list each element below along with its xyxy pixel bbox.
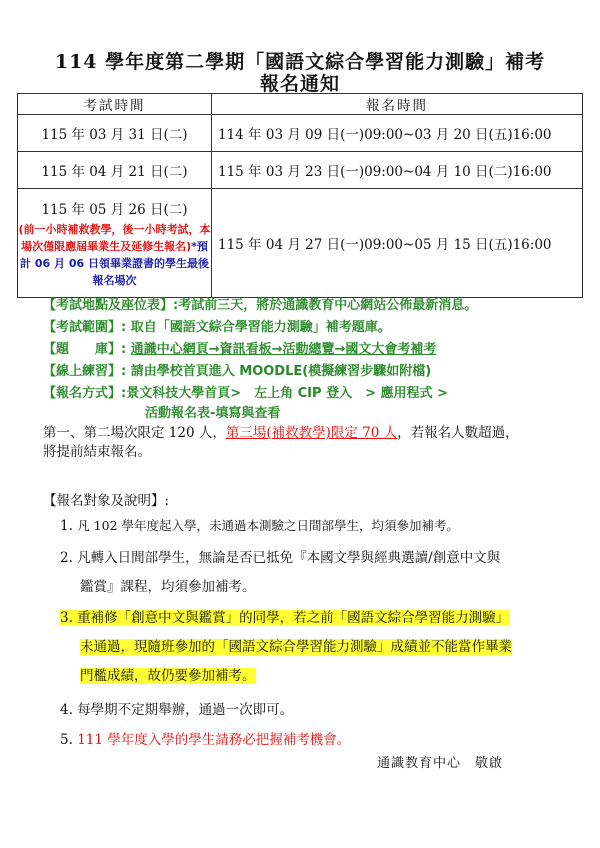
info-text: : 請由學校首頁進入 MOODLE(模擬練習步驟如附檔): [121, 364, 431, 379]
exam-date: 115 年 05 月 26 日(二): [18, 198, 211, 218]
item-text: 重補修「創意中文與鑑賞」的同學，若之前「國語文綜合學習能力測驗」: [77, 610, 509, 626]
item-number: 2.: [60, 550, 73, 566]
registration-period: 114 年 03 月 09 日(一)09:00~03 月 20 日(五)16:0…: [212, 115, 583, 152]
capacity-text: 第一、第二場次限定 120 人，: [43, 425, 226, 441]
table-row: 115 年 05 月 26 日(二) (前一小時補救教學，後一小時考試，本場次僅…: [18, 189, 583, 298]
table-row: 115 年 03 月 31 日(二) 114 年 03 月 09 日(一)09:…: [18, 115, 583, 152]
exam-cell: 115 年 05 月 26 日(二) (前一小時補救教學，後一小時考試，本場次僅…: [18, 189, 212, 298]
item-number: 3.: [60, 610, 73, 626]
item-text: 111 學年度入學的學生請務必把握補考機會。: [77, 732, 350, 748]
exam-date: 115 年 04 月 21 日(二): [18, 152, 212, 189]
info-question-bank: 【題 庫】: 通識中心網頁→資訊看板→活動總覽→國文大會考補考: [43, 341, 563, 359]
document-subtitle: 報名通知: [0, 69, 600, 96]
exam-note-red: (前一小時補救教學，後一小時考試，本場次僅限應屆畢業生及延修生報名): [18, 223, 210, 253]
item-number: 1.: [60, 518, 73, 534]
info-online-practice: 【線上練習】: 請由學校首頁進入 MOODLE(模擬練習步驟如附檔): [43, 363, 563, 381]
info-text: :考試前三天，將於通識教育中心網站公佈最新消息。: [173, 298, 477, 313]
item-number: 5.: [60, 732, 73, 748]
list-item: 4. 每學期不定期舉辦，通過一次即可。: [60, 698, 580, 718]
item-text: 凡轉入日間部學生，無論是否已抵免『本國文學與經典選讀/創意中文與: [77, 550, 500, 566]
info-text: :: [121, 342, 131, 357]
header-exam-time: 考試時間: [18, 94, 212, 115]
schedule-table: 考試時間 報名時間 115 年 03 月 31 日(二) 114 年 03 月 …: [17, 93, 583, 298]
info-location: 【考試地點及座位表】:考試前三天，將於通識教育中心網站公佈最新消息。: [43, 297, 563, 315]
highlighted-text: 未通過，現隨班參加的「國語文綜合學習能力測驗」成績並不能當作畢業: [80, 639, 512, 655]
signature: 通識教育中心 敬啟: [377, 752, 503, 771]
header-registration-time: 報名時間: [212, 94, 583, 115]
exam-date: 115 年 03 月 31 日(二): [18, 115, 212, 152]
table-row: 115 年 04 月 21 日(二) 115 年 03 月 23 日(一)09:…: [18, 152, 583, 189]
registration-period: 115 年 04 月 27 日(一)09:00~05 月 15 日(五)16:0…: [212, 189, 583, 298]
list-item: 2. 凡轉入日間部學生，無論是否已抵免『本國文學與經典選讀/創意中文與: [60, 546, 580, 566]
list-item-cont: 未通過，現隨班參加的「國語文綜合學習能力測驗」成績並不能當作畢業: [80, 635, 600, 655]
info-label: 【線上練習】: [43, 364, 121, 379]
capacity-highlight: 第三場(補救教學)限定 70 人: [226, 425, 397, 441]
capacity-text: ，若報名人數超過，: [397, 425, 519, 441]
item-text: 每學期不定期舉辦，通過一次即可。: [77, 702, 293, 718]
capacity-note-line2: 將提前結束報名。: [43, 443, 563, 462]
info-label: 【報名方式】: [43, 386, 121, 401]
info-text: :景文科技大學首頁> 左上角 CIP 登入 > 應用程式 >: [121, 386, 448, 401]
info-text: : 取自「國語文綜合學習能力測驗」補考題庫。: [121, 320, 391, 335]
info-label: 【考試地點及座位表】: [43, 298, 173, 313]
item-text: 凡 102 學年度起入學，未通過本測驗之日間部學生，均須參加補考。: [77, 518, 459, 533]
list-item: 5. 111 學年度入學的學生請務必把握補考機會。: [60, 728, 580, 748]
info-label: 【考試範圍】: [43, 320, 121, 335]
info-registration-method: 【報名方式】:景文科技大學首頁> 左上角 CIP 登入 > 應用程式 >: [43, 385, 563, 403]
capacity-note: 第一、第二場次限定 120 人，第三場(補救教學)限定 70 人，若報名人數超過…: [43, 424, 563, 443]
highlighted-text: 門檻成績，故仍要參加補考。: [80, 668, 256, 684]
question-bank-link[interactable]: 通識中心網頁→資訊看板→活動總覽→國文大會考補考: [131, 342, 437, 357]
list-item: 3. 重補修「創意中文與鑑賞」的同學，若之前「國語文綜合學習能力測驗」: [60, 606, 580, 626]
section-title: 【報名對象及說明】:: [43, 489, 169, 509]
registration-period: 115 年 03 月 23 日(一)09:00~04 月 10 日(二)16:0…: [212, 152, 583, 189]
info-scope: 【考試範圍】: 取自「國語文綜合學習能力測驗」補考題庫。: [43, 319, 563, 337]
list-item: 1. 凡 102 學年度起入學，未通過本測驗之日間部學生，均須參加補考。: [60, 516, 580, 534]
table-header-row: 考試時間 報名時間: [18, 94, 583, 115]
highlighted-text: 3. 重補修「創意中文與鑑賞」的同學，若之前「國語文綜合學習能力測驗」: [60, 610, 509, 626]
list-item-cont: 鑑賞』課程，均須參加補考。: [80, 575, 600, 595]
list-item-cont: 門檻成績，故仍要參加補考。: [80, 664, 600, 684]
info-label: 【題 庫】: [43, 342, 121, 357]
info-registration-method-cont: 活動報名表-填寫與查看: [145, 405, 545, 423]
item-number: 4.: [60, 702, 73, 718]
